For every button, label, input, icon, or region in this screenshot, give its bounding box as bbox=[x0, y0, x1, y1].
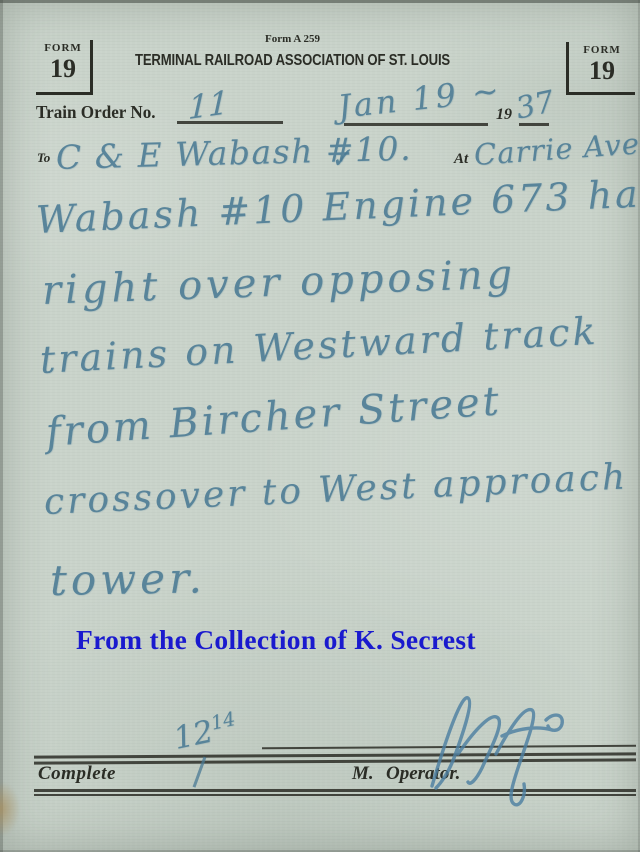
paper-stain bbox=[0, 782, 20, 836]
collection-watermark: From the Collection of K. Secrest bbox=[76, 624, 476, 656]
time-superscript: 14 bbox=[209, 707, 238, 735]
to-label: To bbox=[37, 150, 50, 166]
scan-edge-left bbox=[0, 0, 3, 852]
order-number-handwritten: 11 bbox=[188, 83, 230, 127]
form-19-box-right: FORM 19 bbox=[566, 42, 635, 95]
scan-edge-top bbox=[0, 0, 640, 3]
order-body-line: from Bircher Street bbox=[44, 378, 503, 456]
at-handwritten: Carrie Ave bbox=[473, 126, 640, 172]
complete-time-handwritten: 1214 bbox=[170, 707, 240, 757]
date-handwritten: Jan 19 ~ bbox=[336, 71, 503, 126]
train-order-no-label: Train Order No. bbox=[36, 102, 156, 123]
year-handwritten: 37 bbox=[513, 84, 558, 126]
order-body-line: right over opposing bbox=[41, 251, 517, 314]
scanned-train-order-form: FORM 19 FORM 19 Form A 259 TERMINAL RAIL… bbox=[0, 0, 640, 852]
date-rule bbox=[344, 123, 488, 126]
form-code: Form A 259 bbox=[0, 33, 585, 45]
year-printed: 19 bbox=[496, 106, 512, 124]
complete-label: Complete bbox=[38, 763, 116, 785]
order-body-line: trains on Westward track bbox=[39, 309, 600, 382]
operator-signature bbox=[418, 684, 588, 809]
order-body-line: Wabash #10 Engine 673 has bbox=[35, 171, 640, 242]
m-label: M. bbox=[352, 763, 374, 785]
at-label: At bbox=[454, 151, 468, 168]
company-name: TERMINAL RAILROAD ASSOCIATION OF ST. LOU… bbox=[53, 52, 533, 70]
order-body-line: tower. bbox=[50, 553, 207, 605]
to-checkmark: ✓ bbox=[328, 143, 354, 176]
to-handwritten: C & E Wabash #10. bbox=[55, 129, 412, 177]
order-body-line: crossover to West approach bbox=[43, 457, 629, 523]
form-number: 19 bbox=[589, 58, 615, 84]
